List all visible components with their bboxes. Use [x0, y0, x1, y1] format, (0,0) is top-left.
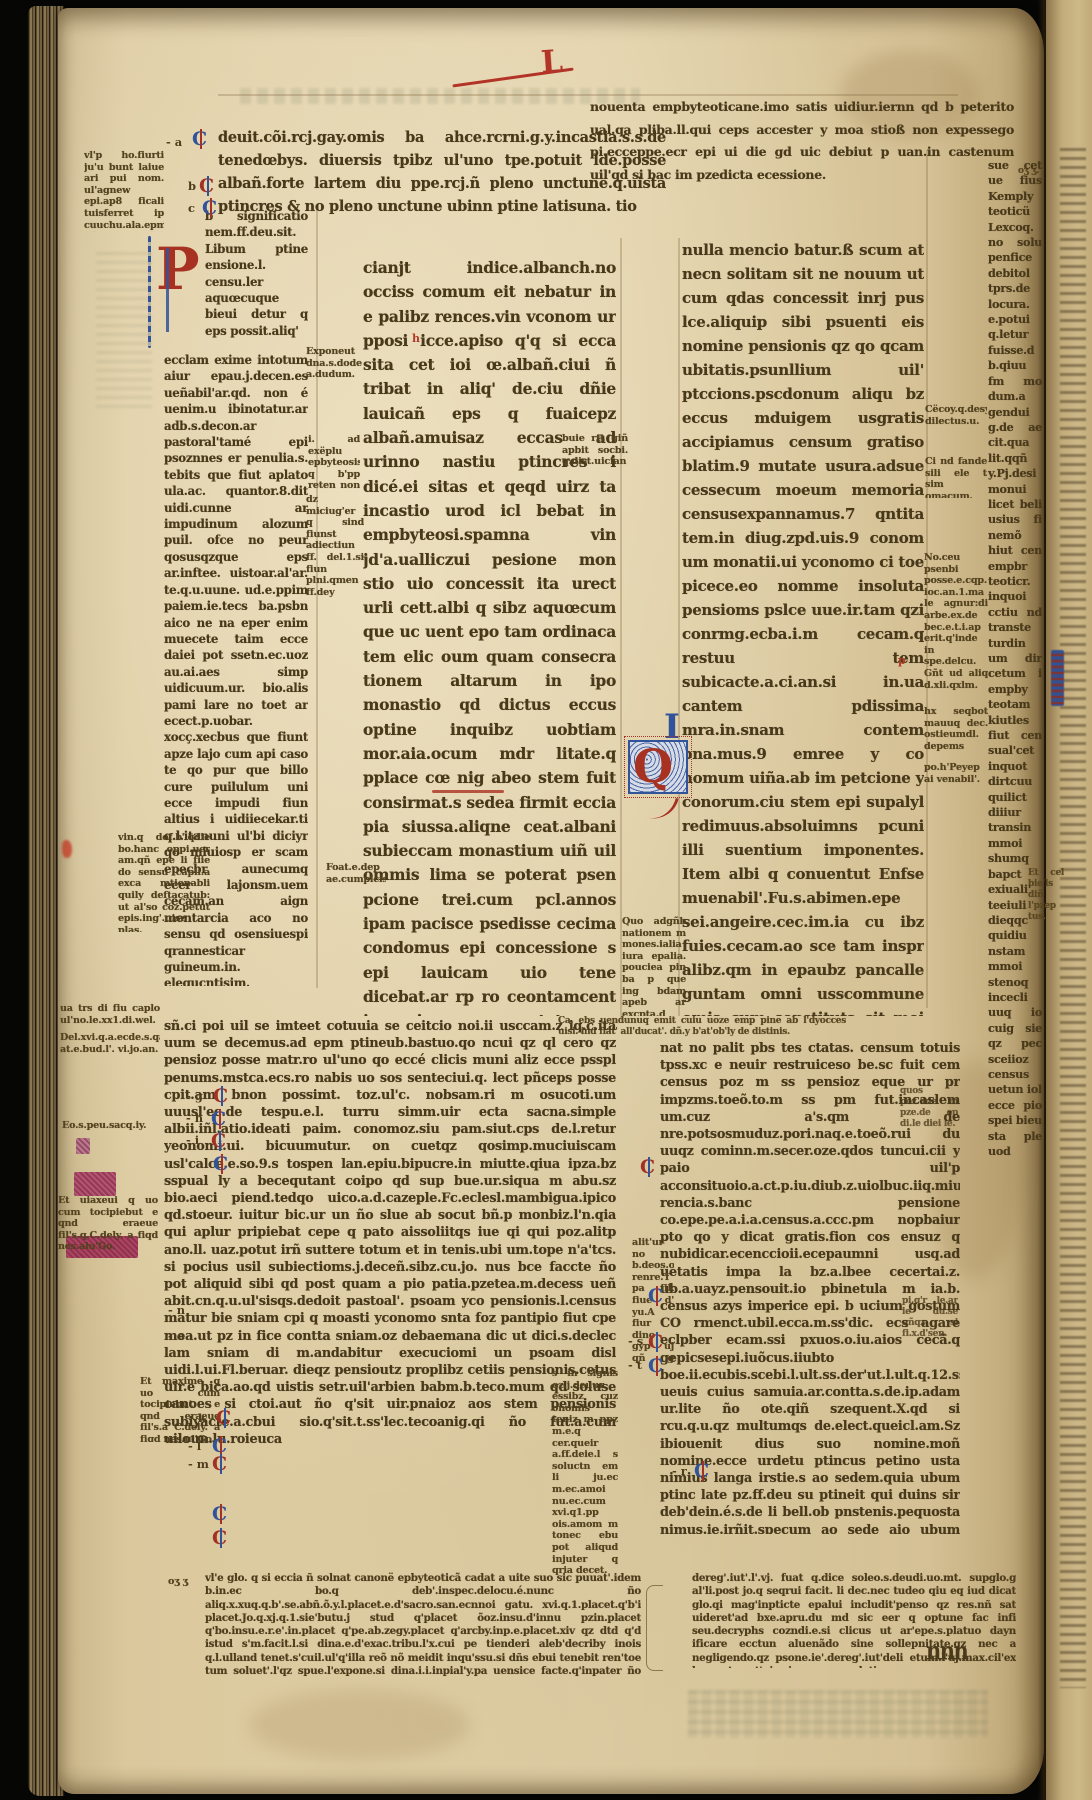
pilcrow-icon: C [213, 1087, 228, 1106]
pilcrow-icon: C [211, 1110, 226, 1129]
manuscript-photo: L vl'p ho.fiurti ju'u bunt laiue ari pui… [0, 0, 1092, 1800]
next-page-initial-fragment [1051, 650, 1064, 706]
margin-letter: - n [168, 1303, 185, 1317]
intercolumn-note: Exponeut dna.s.dode a.dudum. [306, 346, 364, 392]
margin-note-left: Eo.s.peu.sacq.iy. [62, 1120, 158, 1134]
margin-letter: - i [186, 1133, 199, 1147]
margin-letter: - l [188, 1439, 201, 1453]
pilcrow-icon: C [192, 130, 207, 149]
pilcrow-icon: C [213, 1155, 228, 1174]
footnote-block-left: vl'e glo. q si eccia ñ solnat canonë epb… [205, 1572, 641, 1678]
column-ruling-line [316, 210, 318, 988]
pink-bookmark-tab [76, 1138, 90, 1154]
margin-letter: - t [628, 1358, 642, 1372]
pilcrow-icon: C [648, 1333, 663, 1352]
pilcrow-icon: C [212, 1529, 227, 1548]
margin-note-left: vin.q dof.b'.qdie bo.hanc oppi.uer am.qñ… [118, 832, 210, 932]
initial-p-blue-flourish [148, 236, 151, 348]
margin-note-right: No.ceu psenbi posse.e.cqp. ioc.an.1.ma l… [924, 552, 988, 704]
showthrough-text-ghost [240, 88, 640, 104]
showthrough-text-ghost [688, 1690, 988, 1738]
pilcrow-icon: C [216, 1409, 231, 1428]
margin-letter: - m [188, 1457, 209, 1471]
pilcrow-icon: C [202, 199, 217, 218]
margin-note-right: Cëcoy.q.desy dilectus.u. [925, 404, 987, 434]
main-text-column-right: nulla mencio batur.ß scum at necn solita… [682, 238, 924, 1016]
pilcrow-icon: C [640, 1158, 655, 1177]
parchment-stain [250, 1690, 470, 1760]
red-correction-mark: p [898, 654, 906, 667]
margin-note-left: Del.xvi.q.a.ecde.s.qa.uuobis.ar. at.e.bu… [60, 1032, 160, 1076]
intercolumn-note: Quo adgñb nationem m mones.ialia iura ep… [622, 916, 686, 1016]
margin-letter: - g [186, 1089, 203, 1103]
pilcrow-icon: C [648, 1287, 663, 1306]
margin-letter: - r [672, 1464, 687, 1478]
red-ink-blot [62, 840, 72, 858]
quire-catchword: nnn [926, 1636, 967, 1666]
intercolumn-note: Foat.e.dep ae.cumpicis [326, 862, 386, 890]
pilcrow-icon: C [211, 1132, 226, 1151]
margin-letter: - o [168, 1329, 184, 1343]
margin-gloss-top-left: vl'p ho.fiurti ju'u bunt laiue ari pui n… [84, 150, 164, 232]
initial-p-blue-bar [166, 248, 169, 332]
folio-letter: L [540, 43, 564, 80]
pilcrow-icon: C [212, 1455, 227, 1474]
footnote-block-right: dereg'.iut'.l'.vj. fuat q.dice soleo.s.d… [692, 1572, 1016, 1668]
initial-p-rubricated: P [146, 240, 200, 352]
footnote-bracket [646, 1585, 663, 1671]
pilcrow-icon: C [212, 1505, 227, 1524]
intercolumn-note: dz miciug'er q sind fiunst adiectiun ff.… [306, 494, 364, 598]
margin-letter: - h [186, 1111, 203, 1125]
initial-q-decorated: Q [624, 736, 692, 798]
margin-letter: b [188, 179, 196, 193]
footnote-reference-mark: oʒ ʒ [168, 1576, 202, 1620]
margin-note-right: hx seqbot mauuq dec. ostieumdl. depems [924, 706, 988, 760]
gloss-column-right-edge: sue cet ue fius Kemply teoticü Lexcoq. n… [988, 158, 1042, 1344]
intercolumn-note: buie rtt giñ apbit socbi. q.dist.uician [562, 433, 628, 475]
initial-p-letter: P [156, 240, 200, 298]
column-ruling-line [678, 238, 680, 1016]
margin-note-right: Ci nd fande sili ele t sim omacum. [925, 456, 987, 498]
intercolumn-note: i. ad exëplu epbyteosis q b'pp reten non… [308, 434, 360, 492]
pink-bookmark-tab [74, 1172, 116, 1196]
margin-note-left: ua trs di fiu caplo ul'no.le.xx1.di.wel. [60, 1003, 160, 1031]
showthrough-text-ghost [96, 252, 152, 414]
initial-q-letter: Q [633, 739, 673, 793]
margin-letter: k [198, 1411, 206, 1425]
gloss-column-left-top: b significatio nem.ff.deu.sit. Libum pti… [205, 208, 308, 352]
margin-note-left: Et uiaxeui q uo cum tocipiebut e qnd era… [58, 1195, 158, 1261]
pilcrow-icon: C [199, 177, 214, 196]
column-ruling-line [620, 238, 622, 1018]
pilcrow-icon: C [648, 1357, 663, 1376]
text-block-bottom-left: sñ.ci poi uil se imteet cotuuia se ceitc… [164, 1018, 616, 1554]
margin-letter: c [188, 201, 195, 215]
red-underline-mark [432, 790, 504, 793]
margin-letter: - a [166, 135, 182, 149]
red-correction-mark: h [412, 332, 420, 345]
text-top-right-block: nouenta empbyteoticane.imo satis uidiur.… [590, 96, 1014, 214]
main-text-column-middle: cianjt indice.albanch.no occiss comum ei… [363, 256, 616, 1016]
pilcrow-icon: C [694, 1462, 709, 1481]
margin-letter: - s [628, 1334, 643, 1348]
margin-note-right: po.h'Peyep ai venabil'. [924, 762, 988, 792]
